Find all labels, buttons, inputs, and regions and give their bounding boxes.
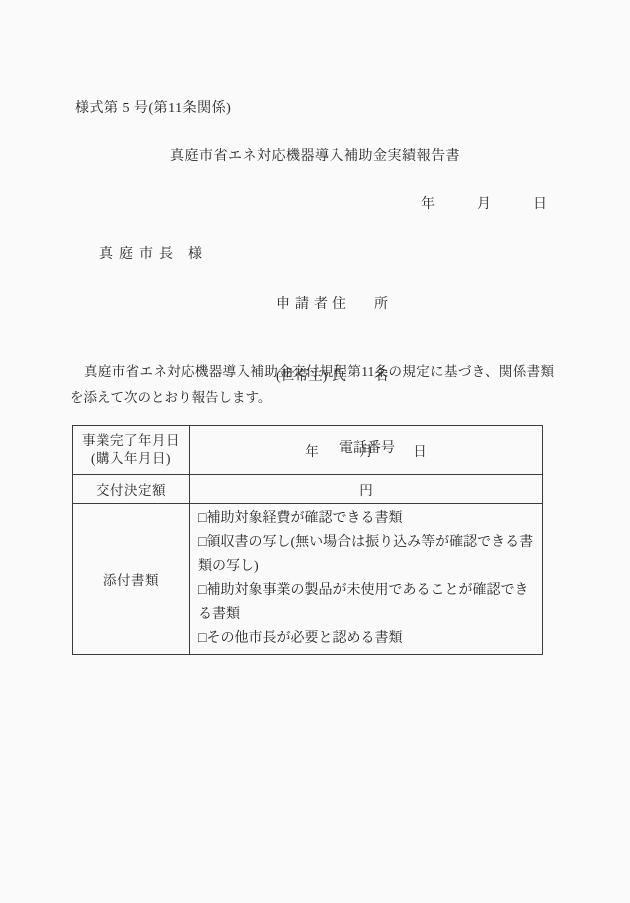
attachment-item-label: 補助対象事業の製品が未使用であることが確認できる書類 — [198, 583, 528, 622]
form-number-line: 様式第 5 号(第11条関係) — [75, 97, 231, 117]
attachment-item-label: 補助対象経費が確認できる書類 — [206, 511, 402, 526]
document-title: 真庭市省エネ対応機器導入補助金実績報告書 — [0, 145, 630, 165]
date-line: 年 月 日 — [421, 193, 547, 213]
completion-date-header: 事業完了年月日 (購入年月日) — [73, 426, 190, 475]
addressee-name: 真庭市長 — [99, 247, 179, 262]
grant-amount-value: 円 — [190, 475, 543, 504]
applicant-label: 申請者 — [276, 293, 332, 317]
addressee-line: 真庭市長様 — [99, 243, 202, 263]
grant-amount-header: 交付決定額 — [73, 475, 190, 504]
attachment-item: □領収書の写し(無い場合は振り込み等が確認できる書類の写し) — [198, 531, 539, 579]
report-table: 事業完了年月日 (購入年月日) 年 月 日 交付決定額 円 添付書類 □補助対象… — [72, 425, 543, 655]
completion-date-value: 年 月 日 — [190, 426, 543, 475]
address-field-label: 住 所 — [332, 297, 388, 312]
attachments-list: □補助対象経費が確認できる書類 □領収書の写し(無い場合は振り込み等が確認できる… — [190, 504, 542, 654]
applicant-address-row: 申請者住 所 — [255, 269, 395, 341]
attachment-item-label: 領収書の写し(無い場合は振り込み等が確認できる書類の写し) — [198, 535, 533, 574]
completion-date-row: 事業完了年月日 (購入年月日) 年 月 日 — [73, 426, 543, 475]
document-page: 様式第 5 号(第11条関係) 真庭市省エネ対応機器導入補助金実績報告書 年 月… — [0, 0, 630, 903]
attachment-item: □その他市長が必要と認める書類 — [198, 627, 539, 651]
attachments-list-cell: □補助対象経費が確認できる書類 □領収書の写し(無い場合は振り込み等が確認できる… — [190, 504, 543, 655]
body-paragraph: 真庭市省エネ対応機器導入補助金交付規程第11条の規定に基づき、関係書類を添えて次… — [70, 359, 554, 411]
addressee-honorific: 様 — [188, 247, 202, 262]
attachments-header: 添付書類 — [73, 504, 190, 655]
completion-date-header-line2: (購入年月日) — [73, 450, 189, 468]
completion-date-header-line1: 事業完了年月日 — [73, 432, 189, 450]
attachment-item: □補助対象経費が確認できる書類 — [198, 507, 539, 531]
attachment-item-label: その他市長が必要と認める書類 — [206, 631, 402, 646]
attachment-item: □補助対象事業の製品が未使用であることが確認できる書類 — [198, 579, 539, 627]
attachments-row: 添付書類 □補助対象経費が確認できる書類 □領収書の写し(無い場合は振り込み等が… — [73, 504, 543, 655]
grant-amount-row: 交付決定額 円 — [73, 475, 543, 504]
